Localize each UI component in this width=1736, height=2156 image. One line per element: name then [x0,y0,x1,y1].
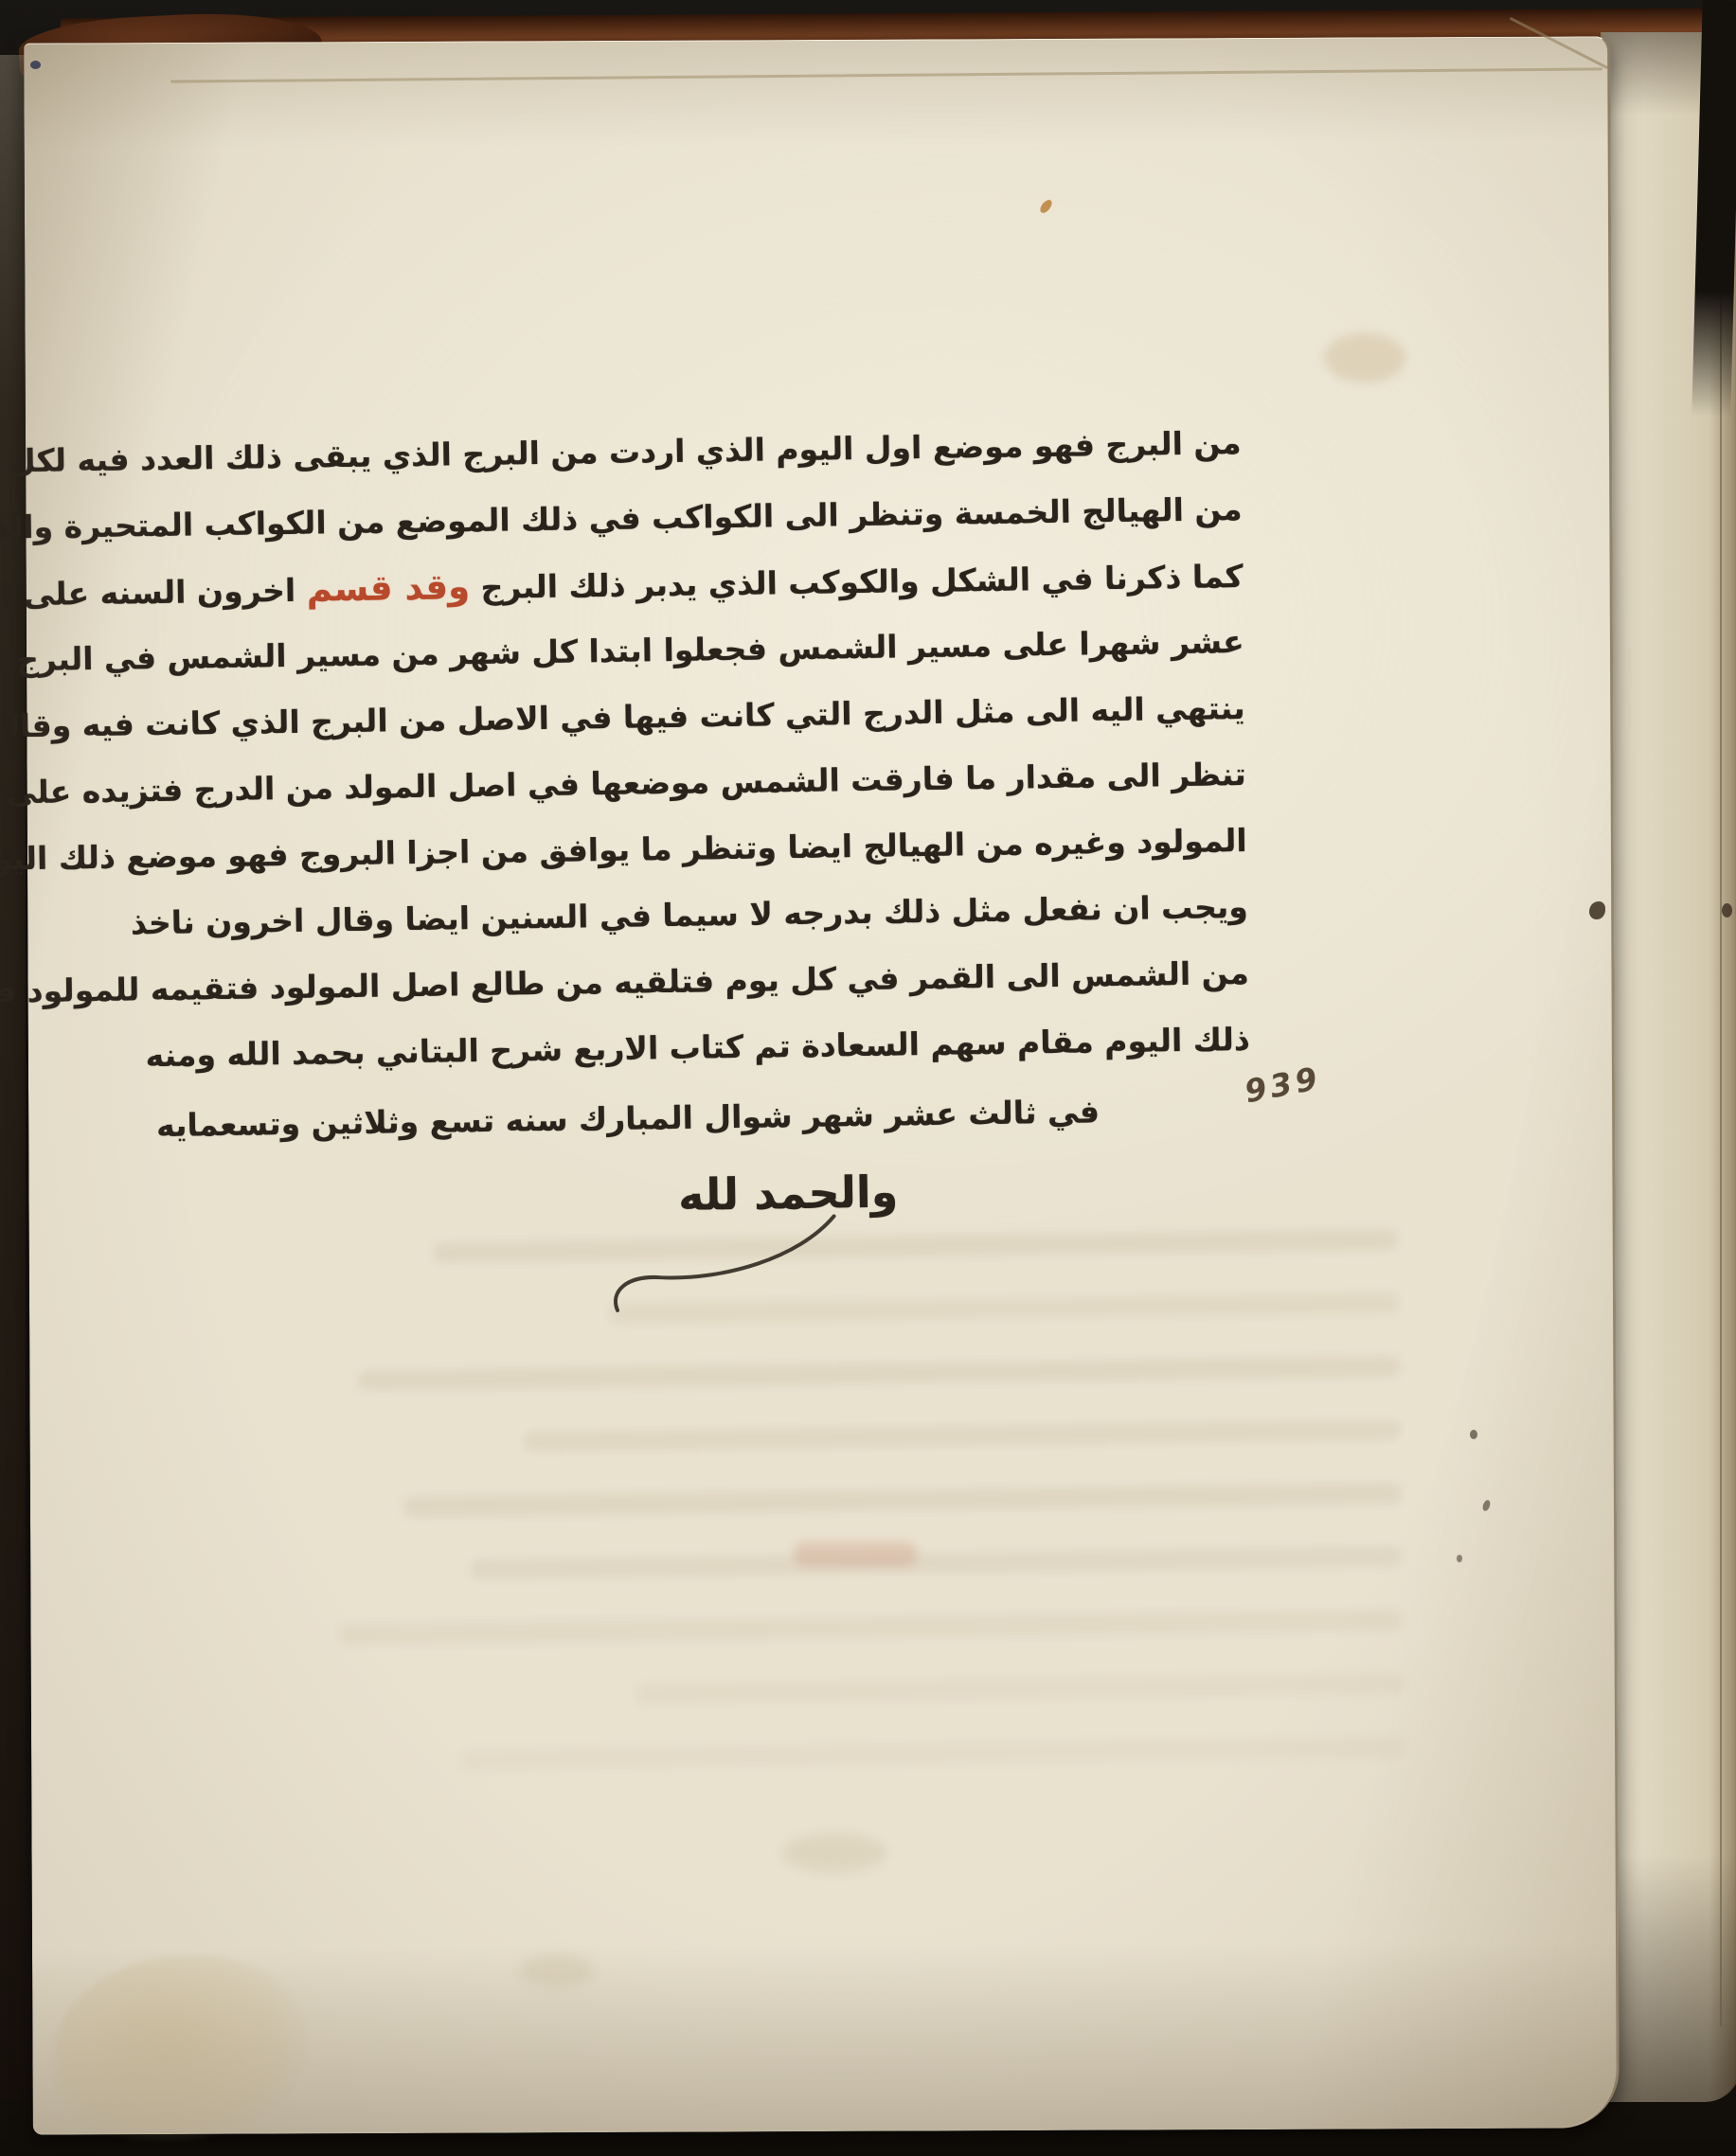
gutter-shadow [0,55,26,2100]
showthrough-line [470,1546,1403,1580]
text-segment: اخرون السنه على اثني [0,572,295,614]
red-section-marker: وقد قسم [306,566,470,610]
foxing-stain [1324,333,1405,383]
showthrough-line [461,1737,1405,1771]
ink-speck [1722,903,1732,918]
showthrough-line [403,1483,1402,1518]
text-segment: كما ذكرنا في الشكل والكوكب الذي يدبر ذلك… [480,558,1244,606]
foxing-stain [519,1954,595,1987]
verso-showthrough [301,1229,1405,1815]
ink-speck [30,61,41,69]
foxing-stain [782,1833,886,1873]
showthrough-line [523,1419,1401,1452]
showthrough-line [339,1610,1403,1646]
ink-speck [1470,1430,1477,1439]
text-block: من البرج فهو موضع اول اليوم الذي اردت من… [178,413,1253,1260]
showthrough-red-mark [794,1541,917,1566]
colophon-closing: والحمد لله [608,1153,1253,1254]
showthrough-line [358,1356,1400,1391]
showthrough-line [636,1673,1405,1704]
calligraphic-flourish [580,1208,847,1316]
manuscript-photo-scene: من البرج فهو موضع اول اليوم الذي اردت من… [0,0,1736,2156]
ink-speck [1457,1555,1462,1562]
colophon-date-line: في ثالث عشر شهر شوال المبارك سنه تسع وثل… [337,1081,1252,1157]
